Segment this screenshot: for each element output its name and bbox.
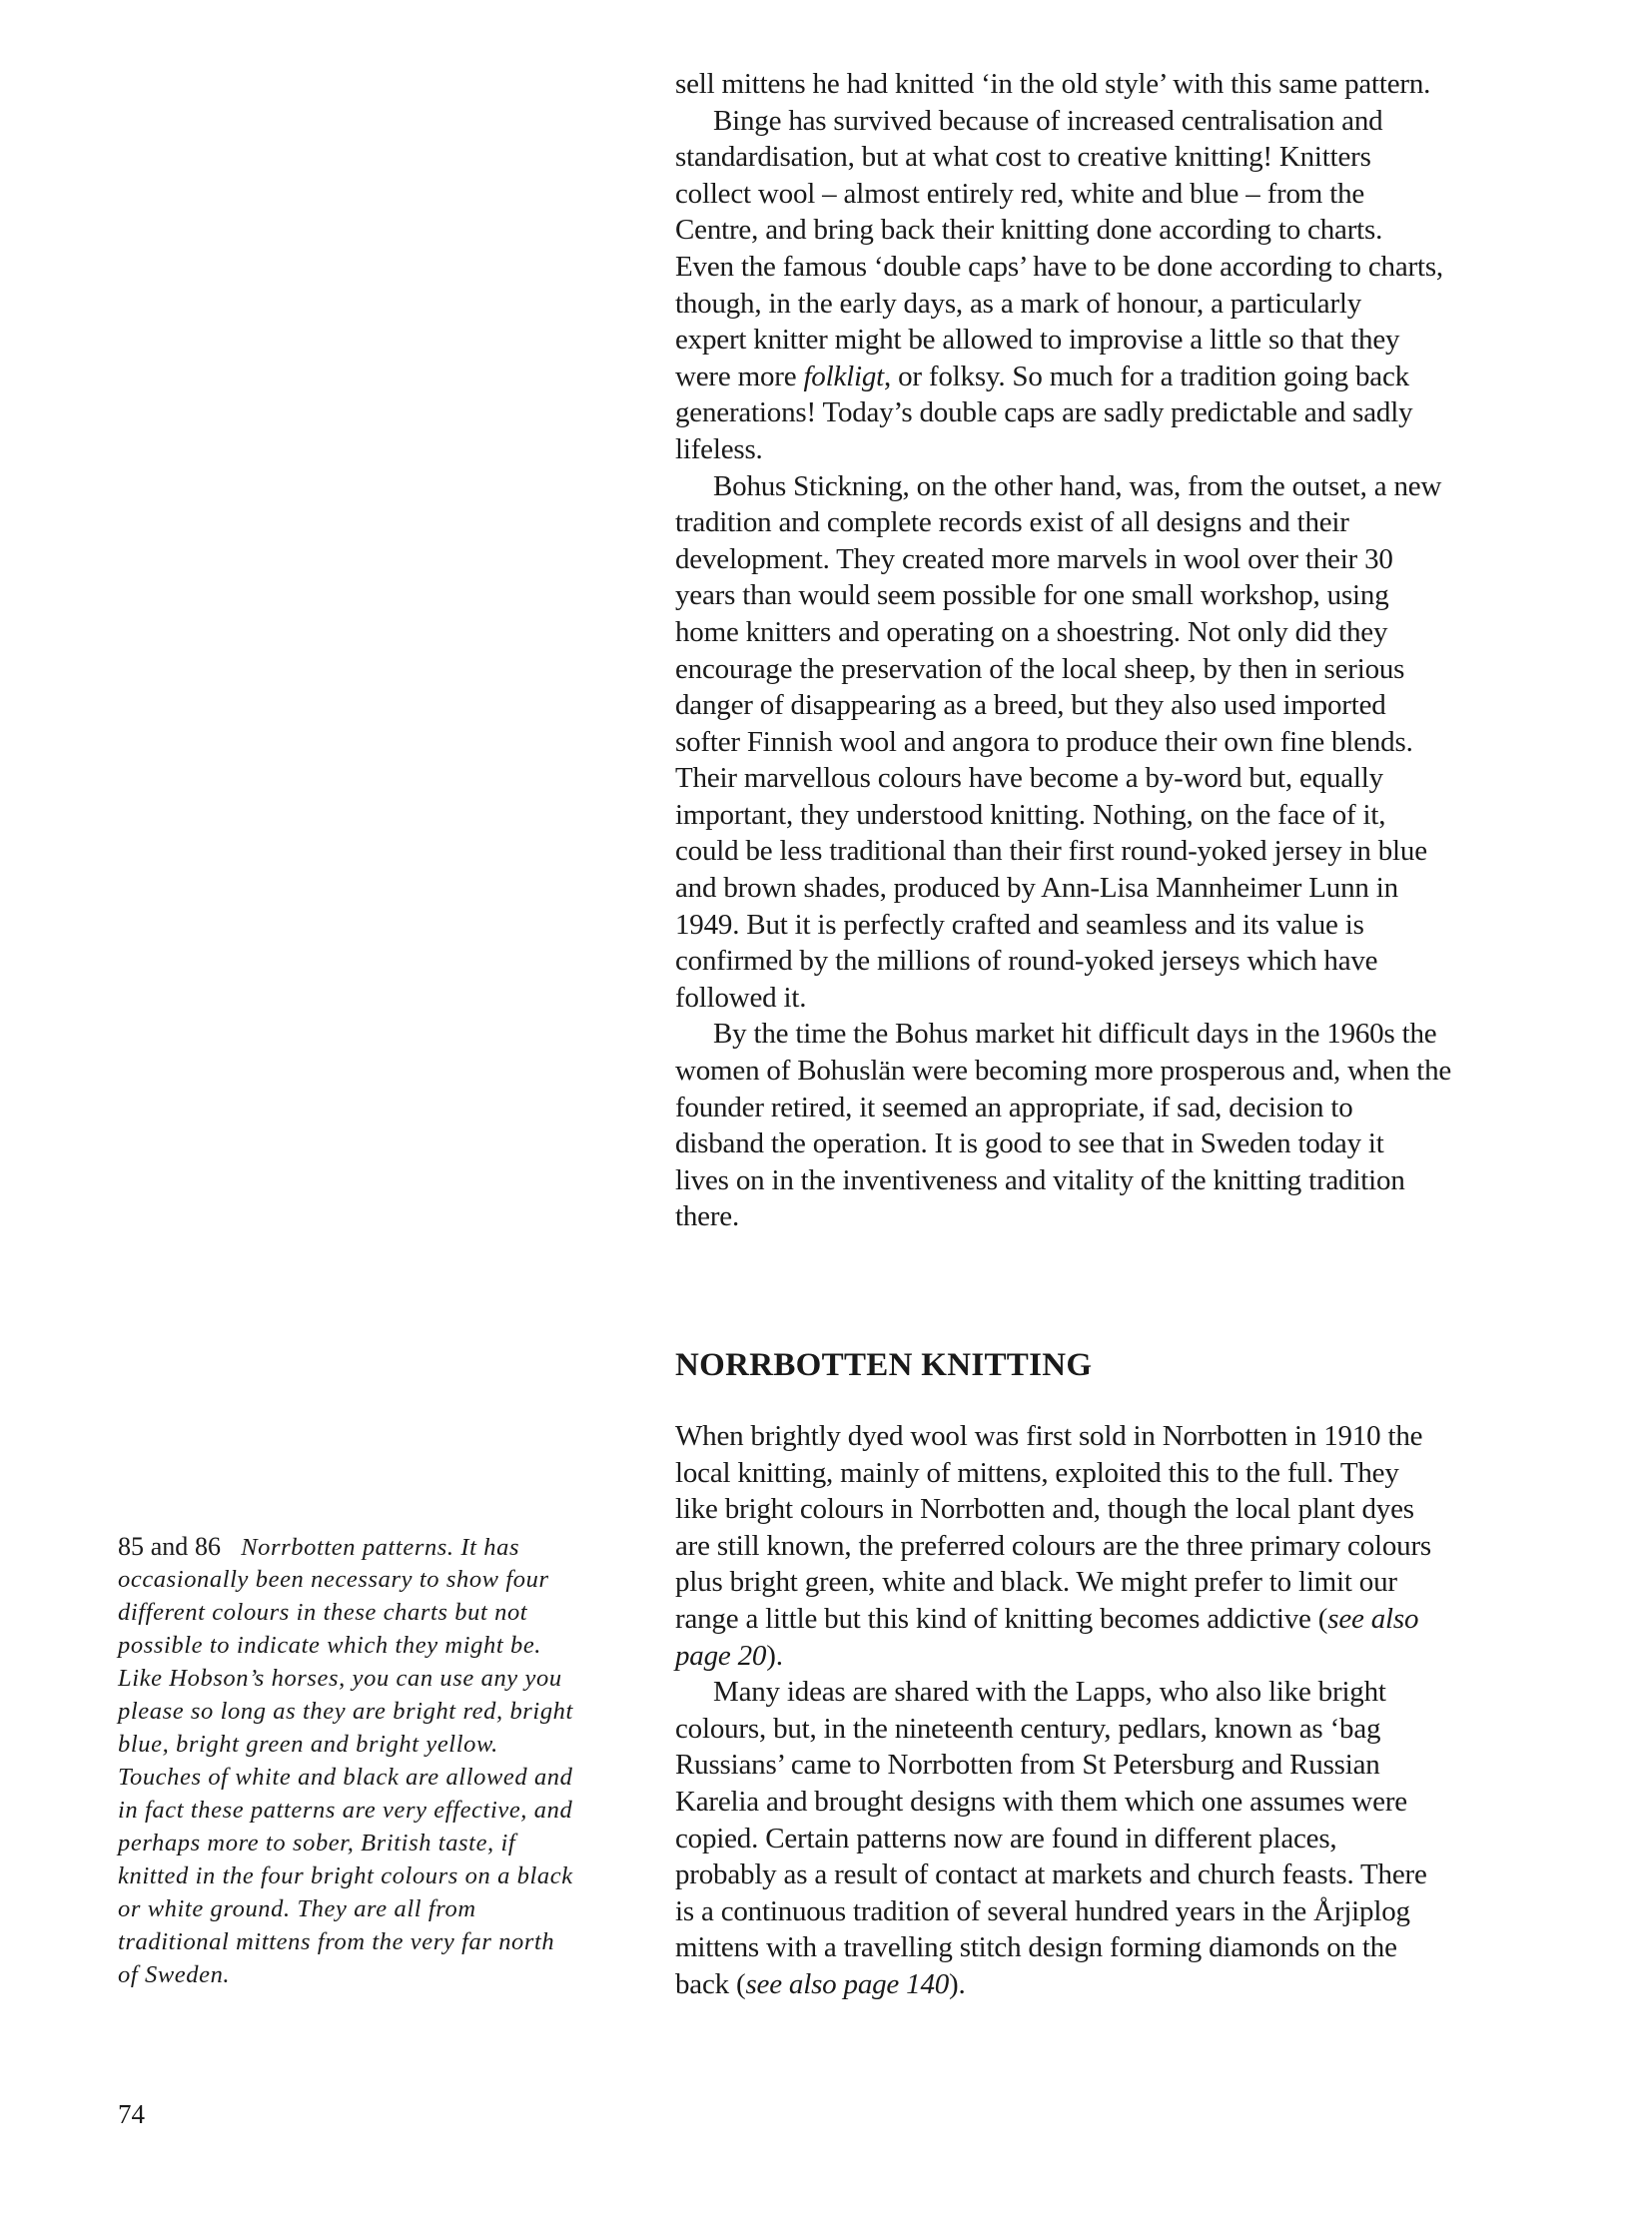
text-line: mittens with a travelling stitch design …	[675, 1929, 1609, 1966]
text-line: back (see also page 140).	[675, 1966, 1609, 2003]
text-line: lifeless.	[675, 431, 1609, 468]
cross-reference: page 20	[675, 1640, 766, 1672]
caption-line: possible to indicate which they might be…	[118, 1629, 637, 1662]
figure-caption: 85 and 86 Norrbotten patterns. It has oc…	[118, 1530, 637, 1991]
caption-line: in fact these patterns are very effectiv…	[118, 1794, 637, 1827]
text-line: local knitting, mainly of mittens, explo…	[675, 1455, 1609, 1492]
text-line: Many ideas are shared with the Lapps, wh…	[675, 1674, 1609, 1711]
text-line: range a little but this kind of knitting…	[675, 1601, 1609, 1638]
text-line: collect wool – almost entirely red, whit…	[675, 176, 1609, 213]
text-line: women of Bohuslän were becoming more pro…	[675, 1053, 1609, 1090]
caption-line: blue, bright green and bright yellow.	[118, 1728, 637, 1761]
caption-line: Like Hobson’s horses, you can use any yo…	[118, 1662, 637, 1695]
text-line: important, they understood knitting. Not…	[675, 797, 1609, 834]
text-segment: were more	[675, 361, 803, 392]
text-line: founder retired, it seemed an appropriat…	[675, 1090, 1609, 1126]
text-segment: range a little but this kind of knitting…	[675, 1603, 1327, 1635]
text-line: confirmed by the millions of round-yoked…	[675, 943, 1609, 980]
book-page: sell mittens he had knitted ‘in the old …	[0, 0, 1652, 2221]
text-line: plus bright green, white and black. We m…	[675, 1564, 1609, 1601]
text-line: though, in the early days, as a mark of …	[675, 286, 1609, 323]
text-line: is a continuous tradition of several hun…	[675, 1893, 1609, 1930]
text-line: Karelia and brought designs with them wh…	[675, 1784, 1609, 1821]
caption-line: Touches of white and black are allowed a…	[118, 1761, 637, 1794]
caption-text: Norrbotten patterns. It has	[241, 1534, 519, 1561]
caption-line: different colours in these charts but no…	[118, 1596, 637, 1629]
text-line: sell mittens he had knitted ‘in the old …	[675, 66, 1609, 103]
text-line: encourage the preservation of the local …	[675, 651, 1609, 688]
text-segment: back (	[675, 1968, 745, 2000]
text-line: tradition and complete records exist of …	[675, 504, 1609, 541]
page-number: 74	[118, 2099, 145, 2130]
body-text-lower: When brightly dyed wool was first sold i…	[675, 1418, 1609, 2003]
caption-line: occasionally been necessary to show four	[118, 1563, 637, 1596]
figure-number: 86	[195, 1532, 221, 1561]
text-line: disband the operation. It is good to see…	[675, 1125, 1609, 1162]
caption-line: traditional mittens from the very far no…	[118, 1925, 637, 1958]
text-line: followed it.	[675, 980, 1609, 1017]
text-line: Their marvellous colours have become a b…	[675, 760, 1609, 797]
italic-term: folkligt	[803, 361, 884, 392]
text-line: there.	[675, 1198, 1609, 1235]
text-line: like bright colours in Norrbotten and, t…	[675, 1491, 1609, 1528]
text-line: development. They created more marvels i…	[675, 541, 1609, 578]
caption-line: please so long as they are bright red, b…	[118, 1695, 637, 1728]
text-line: colours, but, in the nineteenth century,…	[675, 1711, 1609, 1748]
caption-line: or white ground. They are all from	[118, 1892, 637, 1925]
text-line: home knitters and operating on a shoestr…	[675, 614, 1609, 651]
section-heading: NORRBOTTEN KNITTING	[675, 1343, 1092, 1387]
text-line: softer Finnish wool and angora to produc…	[675, 724, 1609, 761]
text-line: By the time the Bohus market hit difficu…	[675, 1016, 1609, 1053]
text-line: 1949. But it is perfectly crafted and se…	[675, 907, 1609, 944]
text-line: Centre, and bring back their knitting do…	[675, 212, 1609, 249]
text-line: Even the famous ‘double caps’ have to be…	[675, 249, 1609, 286]
text-line: and brown shades, produced by Ann-Lisa M…	[675, 870, 1609, 907]
text-line: Binge has survived because of increased …	[675, 103, 1609, 140]
cross-reference: see also	[1327, 1603, 1418, 1635]
text-line: years than would seem possible for one s…	[675, 577, 1609, 614]
text-line: expert knitter might be allowed to impro…	[675, 322, 1609, 359]
body-text-upper: sell mittens he had knitted ‘in the old …	[675, 66, 1609, 1235]
text-line: could be less traditional than their fir…	[675, 833, 1609, 870]
text-line: Russians’ came to Norrbotten from St Pet…	[675, 1747, 1609, 1784]
text-line: generations! Today’s double caps are sad…	[675, 394, 1609, 431]
figure-number: 85	[118, 1532, 144, 1561]
caption-line: of Sweden.	[118, 1958, 637, 1991]
caption-conjunction: and	[151, 1532, 189, 1561]
cross-reference: see also page 140	[745, 1968, 949, 2000]
text-segment: , or folksy. So much for a tradition goi…	[884, 361, 1409, 392]
text-line: When brightly dyed wool was first sold i…	[675, 1418, 1609, 1455]
text-line: Bohus Stickning, on the other hand, was,…	[675, 468, 1609, 505]
caption-line: knitted in the four bright colours on a …	[118, 1859, 637, 1892]
text-line: are still known, the preferred colours a…	[675, 1528, 1609, 1565]
text-line: probably as a result of contact at marke…	[675, 1856, 1609, 1893]
text-line: lives on in the inventiveness and vitali…	[675, 1162, 1609, 1199]
text-line: danger of disappearing as a breed, but t…	[675, 687, 1609, 724]
text-line: were more folkligt, or folksy. So much f…	[675, 359, 1609, 395]
text-line: copied. Certain patterns now are found i…	[675, 1821, 1609, 1857]
caption-line: perhaps more to sober, British taste, if	[118, 1827, 637, 1859]
text-segment: ).	[766, 1640, 783, 1672]
text-segment: ).	[949, 1968, 966, 2000]
caption-line: 85 and 86 Norrbotten patterns. It has	[118, 1530, 637, 1563]
text-line: page 20).	[675, 1638, 1609, 1675]
text-line: standardisation, but at what cost to cre…	[675, 139, 1609, 176]
